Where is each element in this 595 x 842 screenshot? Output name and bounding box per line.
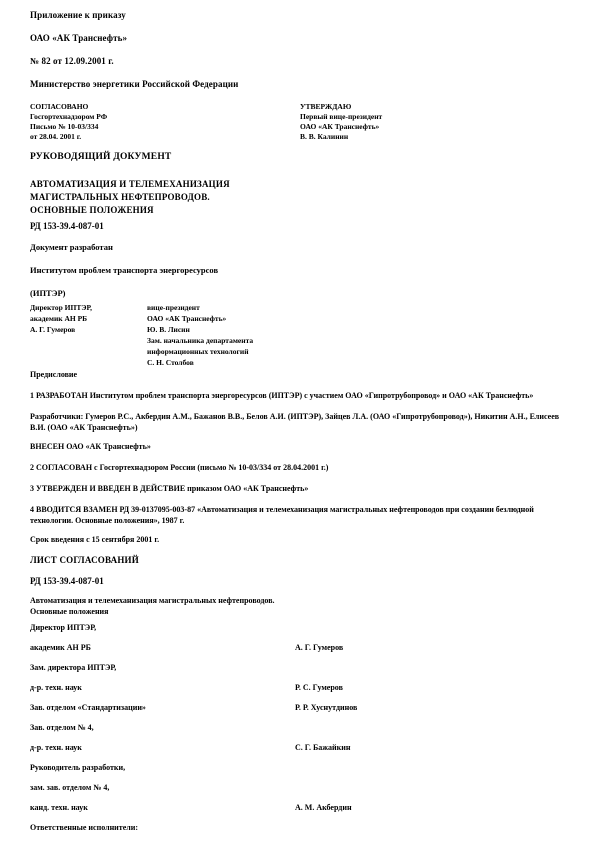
- signature-name: А. Г. Гумеров: [295, 643, 343, 652]
- preface-paragraph-replaces: 4 ВВОДИТСЯ ВЗАМЕН РД 39-0137095-003-87 «…: [30, 504, 567, 526]
- signature-row: Ответственные исполнители:: [30, 823, 567, 832]
- it-dept-name: С. Н. Столбов: [147, 357, 253, 368]
- signature-name: Р. Р. Хуснутдинов: [295, 703, 357, 712]
- approval-sheet-subtitle-line1: Автоматизация и телемеханизация магистра…: [30, 595, 567, 606]
- approved-signer-name: В. В. Калинин: [300, 132, 382, 142]
- signature-row: академик АН РБ А. Г. Гумеров: [30, 643, 567, 652]
- signatories-left-column: Директор ИПТЭР, академик АН РБ А. Г. Гум…: [30, 302, 147, 368]
- signatories-right-column: вице-президент ОАО «АК Транснефть» Ю. В.…: [147, 302, 253, 368]
- agreed-block: СОГЛАСОВАНО Госгортехнадзором РФ Письмо …: [30, 102, 567, 142]
- director-rank: академик АН РБ: [30, 313, 147, 324]
- signature-role: зам. зав. отделом № 4,: [30, 783, 109, 792]
- developer-institute-abbr: (ИПТЭР): [30, 288, 567, 298]
- approval-sheet-subtitle: Автоматизация и телемеханизация магистра…: [30, 595, 567, 617]
- signature-name: А. М. Акбердин: [295, 803, 352, 812]
- agreed-letter-number: Письмо № 10-03/334: [30, 122, 567, 132]
- signature-role: Руководитель разработки,: [30, 763, 125, 772]
- signature-row: Зав. отделом № 4,: [30, 723, 567, 732]
- preface-paragraph-submitted: ВНЕСЕН ОАО «АК Транснефть»: [30, 441, 567, 452]
- signature-row: Зам. директора ИПТЭР,: [30, 663, 567, 672]
- doc-title-line: МАГИСТРАЛЬНЫХ НЕФТЕПРОВОДОВ.: [30, 191, 567, 204]
- doc-number: РД 153-39.4-087-01: [30, 221, 567, 231]
- signature-role: Зав. отделом «Стандартизации»: [30, 703, 146, 712]
- signature-row: зам. зав. отделом № 4,: [30, 783, 567, 792]
- preface-heading: Предисловие: [30, 370, 567, 380]
- signature-row: Руководитель разработки,: [30, 763, 567, 772]
- signature-role: Ответственные исполнители:: [30, 823, 138, 832]
- signature-role: Директор ИПТЭР,: [30, 623, 96, 632]
- document-page: Приложение к приказу ОАО «АК Транснефть»…: [0, 0, 595, 842]
- ministry-name: Министерство энергетики Российской Федер…: [30, 79, 567, 89]
- approved-position: Первый вице-президент: [300, 112, 382, 122]
- order-number-date: № 82 от 12.09.2001 г.: [30, 56, 567, 66]
- signature-row: канд. техн. наук А. М. Акбердин: [30, 803, 567, 812]
- approved-block: УТВЕРЖДАЮ Первый вице-президент ОАО «АК …: [300, 102, 382, 142]
- vp-position: вице-президент: [147, 302, 253, 313]
- signatories-intro: Директор ИПТЭР, академик АН РБ А. Г. Гум…: [30, 302, 567, 368]
- it-dept-position-line1: Зам. начальника департамента: [147, 335, 253, 346]
- vp-name: Ю. В. Лисин: [147, 324, 253, 335]
- signature-role: д-р. техн. наук: [30, 743, 82, 752]
- approval-row: СОГЛАСОВАНО Госгортехнадзором РФ Письмо …: [30, 102, 567, 142]
- preface-paragraph-developers: Разработчики: Гумеров Р.С., Акбердин А.М…: [30, 411, 567, 433]
- signature-name: С. Г. Бажайкин: [295, 743, 351, 752]
- preface-paragraph-developed: 1 РАЗРАБОТАН Институтом проблем транспор…: [30, 390, 567, 401]
- approved-heading: УТВЕРЖДАЮ: [300, 102, 382, 112]
- signature-name: Р. С. Гумеров: [295, 683, 343, 692]
- agreed-authority: Госгортехнадзором РФ: [30, 112, 567, 122]
- doc-title-line: АВТОМАТИЗАЦИЯ И ТЕЛЕМЕХАНИЗАЦИЯ: [30, 178, 567, 191]
- signature-row: д-р. техн. наук С. Г. Бажайкин: [30, 743, 567, 752]
- signature-role: академик АН РБ: [30, 643, 91, 652]
- approval-sheet-heading: ЛИСТ СОГЛАСОВАНИЙ: [30, 555, 567, 565]
- signature-role: Зав. отделом № 4,: [30, 723, 94, 732]
- signature-role: канд. техн. наук: [30, 803, 88, 812]
- appendix-note: Приложение к приказу: [30, 10, 567, 20]
- effective-date-line: Срок введения с 15 сентября 2001 г.: [30, 534, 567, 545]
- doc-type-heading: РУКОВОДЯЩИЙ ДОКУМЕНТ: [30, 152, 567, 162]
- signature-role: Зам. директора ИПТЭР,: [30, 663, 116, 672]
- director-position: Директор ИПТЭР,: [30, 302, 147, 313]
- approval-sheet-subtitle-line2: Основные положения: [30, 606, 567, 617]
- signature-row: Директор ИПТЭР,: [30, 623, 567, 632]
- doc-title: АВТОМАТИЗАЦИЯ И ТЕЛЕМЕХАНИЗАЦИЯ МАГИСТРА…: [30, 178, 567, 217]
- developer-institute: Институтом проблем транспорта энергоресу…: [30, 265, 567, 275]
- approved-company: ОАО «АК Транснефть»: [300, 122, 382, 132]
- preface-paragraph-agreed: 2 СОГЛАСОВАН с Госгортехнадзором России …: [30, 462, 567, 473]
- agreed-heading: СОГЛАСОВАНО: [30, 102, 567, 112]
- director-name: А. Г. Гумеров: [30, 324, 147, 335]
- developed-by-label: Документ разработан: [30, 242, 567, 252]
- doc-title-line: ОСНОВНЫЕ ПОЛОЖЕНИЯ: [30, 204, 567, 217]
- it-dept-position-line2: информационных технологий: [147, 346, 253, 357]
- approval-sheet-doc-number: РД 153-39.4-087-01: [30, 576, 567, 586]
- signature-row: д-р. техн. наук Р. С. Гумеров: [30, 683, 567, 692]
- vp-company: ОАО «АК Транснефть»: [147, 313, 253, 324]
- signature-role: д-р. техн. наук: [30, 683, 82, 692]
- company-name: ОАО «АК Транснефть»: [30, 33, 567, 43]
- agreed-letter-date: от 28.04. 2001 г.: [30, 132, 567, 142]
- signature-row: Зав. отделом «Стандартизации» Р. Р. Хусн…: [30, 703, 567, 712]
- preface-paragraph-approved: 3 УТВЕРЖДЕН И ВВЕДЕН В ДЕЙСТВИЕ приказом…: [30, 483, 567, 494]
